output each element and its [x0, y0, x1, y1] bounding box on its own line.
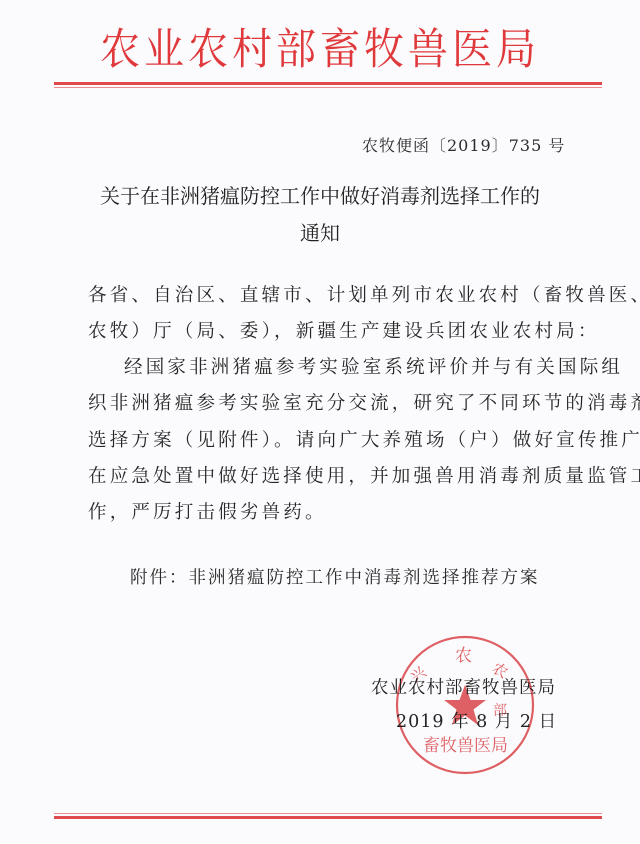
official-seal-stamp: 兴 农 农 部 畜牧兽医局	[393, 633, 538, 778]
body-line-3: 选择方案（见附件）。请向广大养殖场（户）做好宣传推广，	[88, 421, 562, 461]
letterhead-rule-thin	[54, 87, 602, 88]
addressee-line-1: 各省、自治区、直辖市、计划单列市农业农村（畜牧兽医、	[88, 276, 562, 316]
signature-date: 2019 年 8 月 2 日	[396, 708, 557, 733]
footer-rule-thick	[54, 816, 602, 819]
document-title-line-1: 关于在非洲猪瘟防控工作中做好消毒剂选择工作的	[60, 180, 580, 209]
signature-org-name: 农业农村部畜牧兽医局	[371, 674, 556, 699]
attachment-line: 附件：非洲猪瘟防控工作中消毒剂选择推荐方案	[130, 564, 540, 589]
stamp-bottom-text: 畜牧兽医局	[423, 736, 508, 756]
body-line-5: 作，严厉打击假劣兽药。	[88, 493, 562, 533]
letterhead-org-name: 农业农村部畜牧兽医局	[0, 24, 640, 76]
letterhead-rule-thick	[54, 82, 602, 85]
document-title-line-2: 通知	[60, 217, 580, 246]
body-line-2: 织非洲猪瘟参考实验室充分交流，研究了不同环节的消毒剂	[88, 384, 562, 424]
body-line-1: 经国家非洲猪瘟参考实验室系统评价并与有关国际组	[124, 348, 598, 388]
stamp-arc-char-2: 农	[455, 646, 472, 666]
body-line-4: 在应急处置中做好选择使用，并加强兽用消毒剂质量监管工	[88, 457, 562, 497]
footer-rule-thin	[54, 813, 602, 814]
addressee-line-2: 农牧）厅（局、委），新疆生产建设兵团农业农村局：	[88, 312, 562, 352]
document-number: 农牧便函〔2019〕735 号	[362, 133, 565, 156]
